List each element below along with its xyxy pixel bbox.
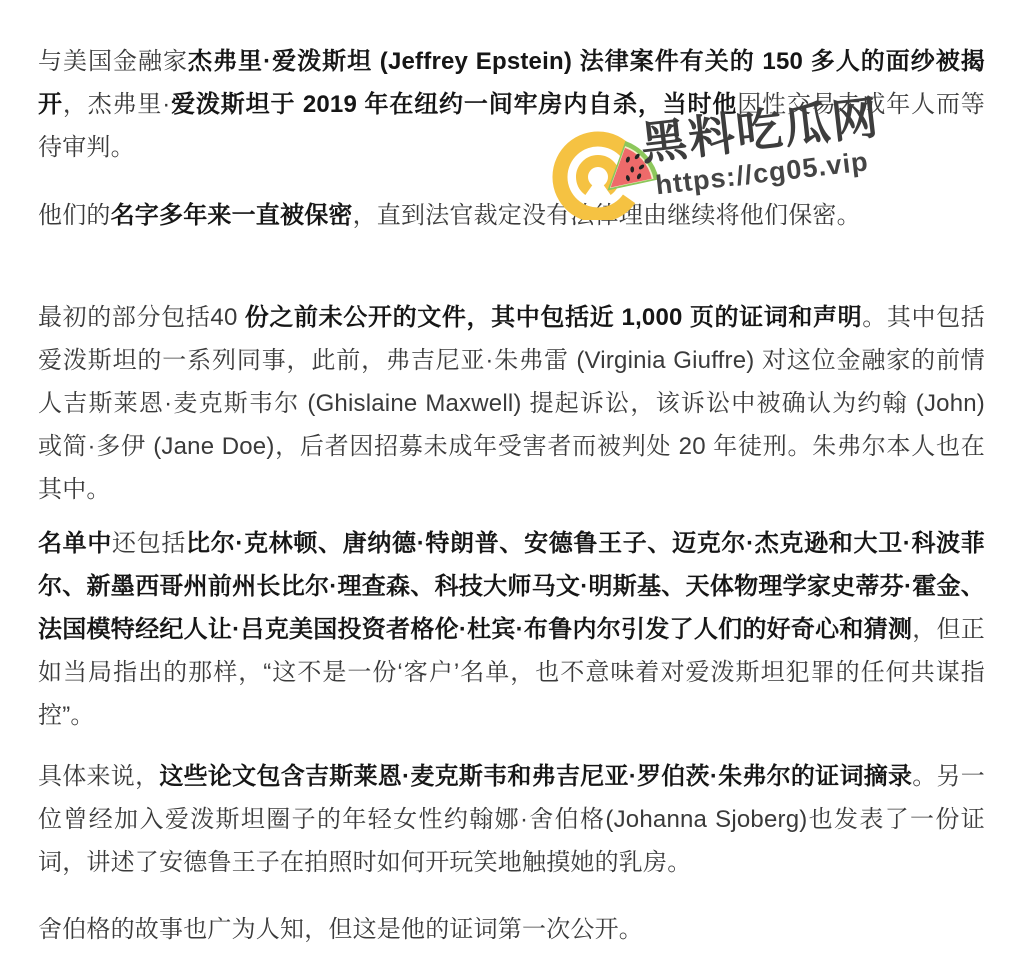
text-segment: 他们的	[38, 202, 111, 229]
article-paragraph: 他们的名字多年来一直被保密，直到法官裁定没有法律理由继续将他们保密。	[38, 194, 985, 237]
text-segment: 这些论文包含吉斯莱恩·麦克斯韦和弗吉尼亚·罗伯茨·朱弗尔的证词摘录	[159, 763, 912, 790]
text-segment: 名单中	[38, 530, 112, 557]
article-paragraph: 与美国金融家杰弗里·爱泼斯坦 (Jeffrey Epstein) 法律案件有关的…	[38, 40, 985, 169]
text-segment: 份之前未公开的文件，其中包括近 1,000 页的证词和声明	[245, 304, 862, 331]
article-page: 与美国金融家杰弗里·爱泼斯坦 (Jeffrey Epstein) 法律案件有关的…	[0, 0, 1019, 973]
text-segment: 爱泼斯坦于 2019 年在纽约一间牢房内自杀，当时他	[170, 91, 737, 118]
text-segment: 最初的部分包括40	[38, 304, 245, 331]
text-segment: ，杰弗里·	[63, 91, 171, 118]
article-paragraph: 舍伯格的故事也广为人知，但这是他的证词第一次公开。	[38, 908, 985, 951]
article-paragraph: 具体来说，这些论文包含吉斯莱恩·麦克斯韦和弗吉尼亚·罗伯茨·朱弗尔的证词摘录。另…	[38, 755, 985, 884]
text-segment: 名字多年来一直被保密	[111, 202, 353, 229]
text-segment: 还包括	[112, 530, 186, 557]
text-segment: 舍伯格的故事也广为人知，但这是他的证词第一次公开。	[38, 916, 643, 943]
text-segment: 。其中包括爱泼斯坦的一系列同事，此前，弗吉尼亚·朱弗雷 (Virginia Gi…	[38, 304, 985, 503]
text-segment: 与美国金融家	[38, 48, 188, 75]
article-paragraph: 名单中还包括比尔·克林顿、唐纳德·特朗普、安德鲁王子、迈克尔·杰克逊和大卫·科波…	[38, 522, 985, 737]
text-segment: ，直到法官裁定没有法律理由继续将他们保密。	[353, 202, 861, 229]
text-segment: 具体来说，	[38, 763, 159, 790]
article-body: 与美国金融家杰弗里·爱泼斯坦 (Jeffrey Epstein) 法律案件有关的…	[38, 0, 985, 951]
article-paragraph: 最初的部分包括40 份之前未公开的文件，其中包括近 1,000 页的证词和声明。…	[38, 296, 985, 511]
